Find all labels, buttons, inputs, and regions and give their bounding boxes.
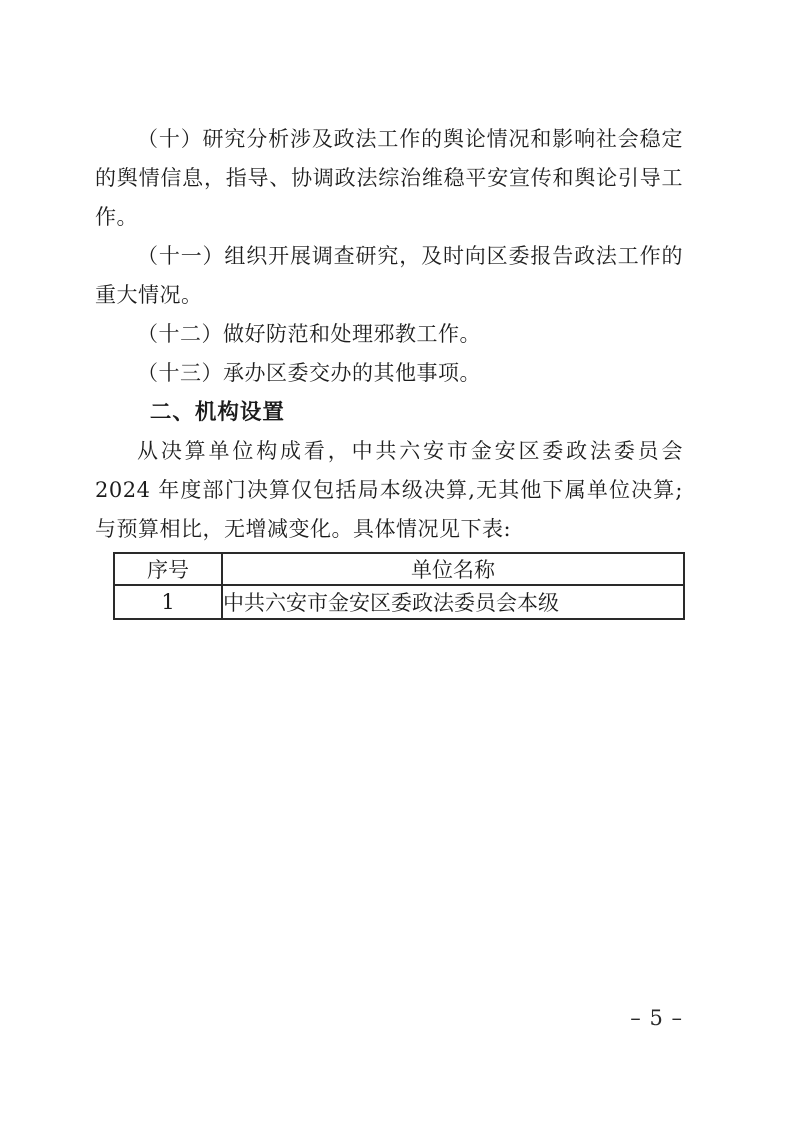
paragraph-item-12: （十二）做好防范和处理邪教工作。 <box>95 315 683 354</box>
paragraph-item-11: （十一）组织开展调查研究，及时向区委报告政法工作的重大情况。 <box>95 237 683 315</box>
table-cell-unit-name: 中共六安市金安区委政法委员会本级 <box>222 585 684 619</box>
table-row: 1 中共六安市金安区委政法委员会本级 <box>114 585 684 619</box>
paragraph-item-10: （十）研究分析涉及政法工作的舆论情况和影响社会稳定的舆情信息，指导、协调政法综治… <box>95 120 683 237</box>
page-number: – 5 – <box>563 1005 683 1032</box>
table-cell-seq: 1 <box>114 585 222 619</box>
table-header-seq: 序号 <box>114 553 222 585</box>
table-header-row: 序号 单位名称 <box>114 553 684 585</box>
section-heading-org-setup: 二、机构设置 <box>95 393 683 432</box>
table-header-unit-name: 单位名称 <box>222 553 684 585</box>
paragraph-item-13: （十三）承办区委交办的其他事项。 <box>95 354 683 393</box>
org-units-table: 序号 单位名称 1 中共六安市金安区委政法委员会本级 <box>113 552 685 620</box>
document-page: （十）研究分析涉及政法工作的舆论情况和影响社会稳定的舆情信息，指导、协调政法综治… <box>95 120 683 620</box>
paragraph-org-overview: 从决算单位构成看，中共六安市金安区委政法委员会 2024 年度部门决算仅包括局本… <box>95 432 683 549</box>
